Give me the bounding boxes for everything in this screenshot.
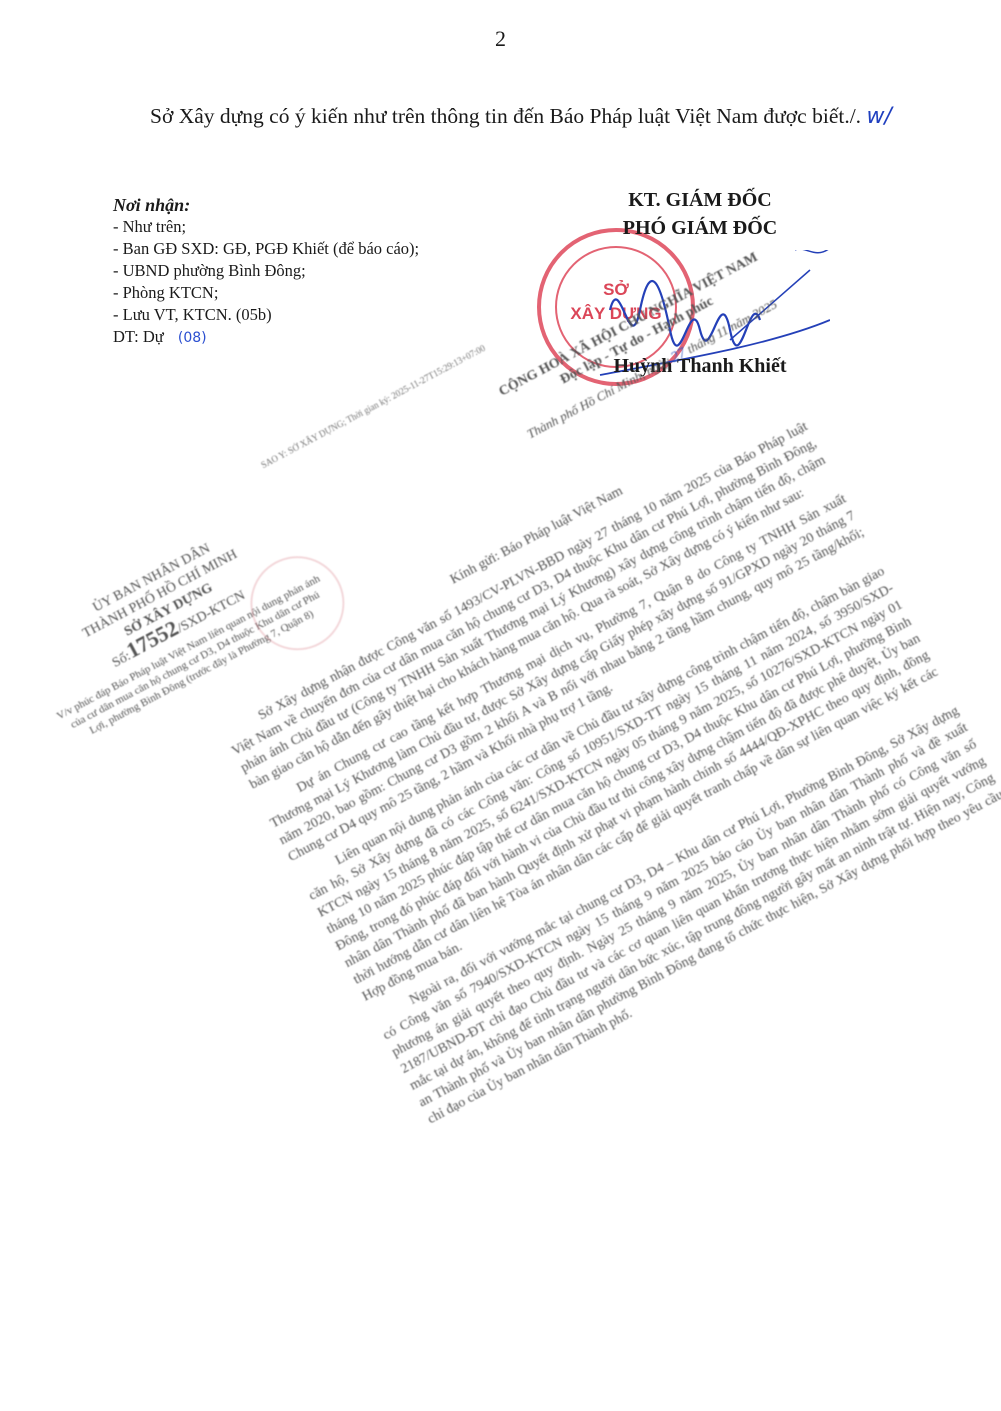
recipients-title: Nơi nhận: bbox=[113, 194, 419, 216]
closing-text: Sở Xây dựng có ý kiến như trên thông tin… bbox=[150, 104, 861, 128]
signer-title-1: KT. GIÁM ĐỐC bbox=[560, 186, 840, 214]
recipient-item: - Như trên; bbox=[113, 216, 419, 238]
recipient-item: - Phòng KTCN; bbox=[113, 282, 419, 304]
recipient-item: - Lưu VT, KTCN. (05b) bbox=[113, 304, 419, 326]
recipients-block: Nơi nhận: - Như trên; - Ban GĐ SXD: GĐ, … bbox=[113, 194, 419, 349]
drafter-label: DT: Dự bbox=[113, 327, 164, 346]
scanned-attached-page: SAO Y: SỞ XÂY DỰNG; Thời gian ký: 2025-1… bbox=[15, 219, 1001, 1313]
handwritten-mark: w/ bbox=[866, 104, 891, 129]
closing-paragraph: Sở Xây dựng có ý kiến như trên thông tin… bbox=[86, 93, 936, 140]
recipient-item: - UBND phường Bình Đông; bbox=[113, 260, 419, 282]
recipient-item: - Ban GĐ SXD: GĐ, PGĐ Khiết (để báo cáo)… bbox=[113, 238, 419, 260]
drafter-note: (08) bbox=[178, 330, 207, 346]
page-number: 2 bbox=[0, 26, 1001, 52]
drafter-line: DT: Dự (08) bbox=[113, 326, 419, 349]
